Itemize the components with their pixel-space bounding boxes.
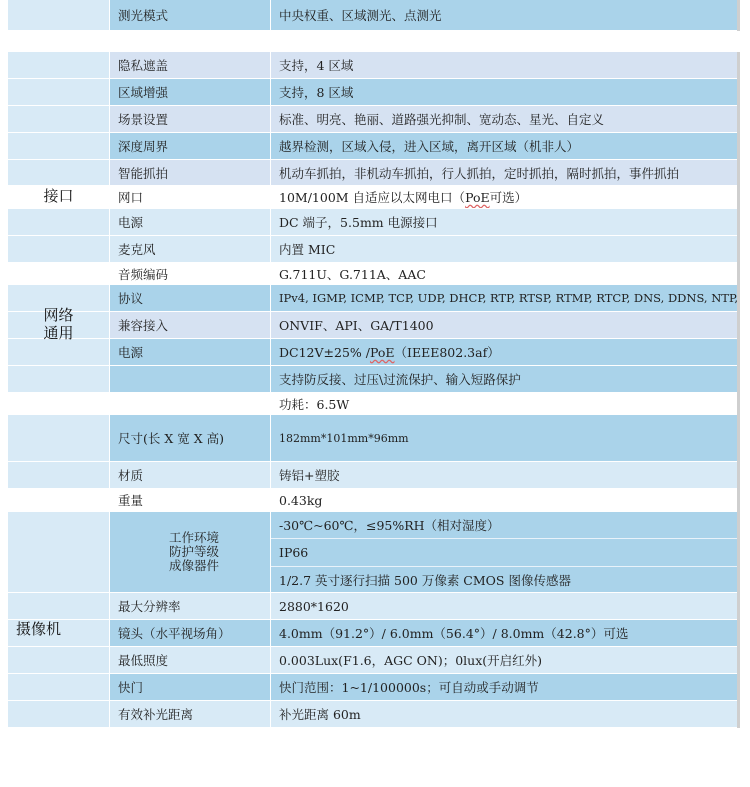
group-cell: [8, 415, 109, 461]
table-row: 场景设置 标准、明亮、艳丽、道路强光抑制、宽动态、星光、自定义: [8, 106, 738, 133]
table-row: 区域增强 支持，8 区域: [8, 79, 738, 106]
group-cell: [8, 593, 109, 619]
spec-label: 音频编码: [109, 263, 270, 284]
spec-label: 工作环境: [169, 531, 219, 545]
table-row: 音频编码 G.711U、G.711A、AAC: [8, 263, 738, 285]
spec-value: DC12V±25% / PoE（IEEE802.3af）: [270, 339, 738, 365]
spec-value: IPv4, IGMP, ICMP, TCP, UDP, DHCP, RTP, R…: [270, 285, 738, 311]
spec-label: 电源: [109, 209, 270, 235]
spec-value: 越界检测，区域入侵，进入区域，离开区域（机非人）: [270, 133, 738, 159]
table-row: 网口 10M/100M 自适应以太网电口（PoE 可选）: [8, 186, 738, 209]
table-row: 镜头（水平视场角） 4.0mm（91.2°）/ 6.0mm（56.4°）/ 8.…: [8, 620, 738, 647]
group-label-interface: 接口: [8, 187, 109, 205]
group-cell: [8, 0, 109, 30]
group-cell: [8, 106, 109, 132]
spec-label: 最低照度: [109, 647, 270, 673]
value-text: DC12V±25% /: [279, 345, 370, 360]
group-cell: [8, 209, 109, 235]
table-row: 兼容接入 ONVIF、API、GA/T1400: [8, 312, 738, 339]
group-cell: [8, 339, 109, 365]
spec-label: 材质: [109, 462, 270, 488]
spec-label: 电源: [109, 339, 270, 365]
group-cell: [8, 133, 109, 159]
spec-value: 10M/100M 自适应以太网电口（PoE 可选）: [270, 186, 738, 208]
spec-label: 智能抓拍: [109, 160, 270, 185]
table-row: 重量 0.43kg: [8, 489, 738, 512]
table-row: 快门 快门范围：1~1/100000s；可自动或手动调节: [8, 674, 738, 701]
spec-label: 重量: [109, 489, 270, 511]
table-row: 尺寸(长 X 宽 X 高) 182mm*101mm*96mm: [8, 415, 738, 462]
spec-label: 测光模式: [109, 0, 270, 30]
table-row: 支持防反接、过压\过流保护、输入短路保护: [8, 366, 738, 393]
spec-value: 1/2.7 英寸逐行扫描 500 万像素 CMOS 图像传感器: [271, 567, 738, 592]
spec-value: 机动车抓拍，非机动车抓拍，行人抓拍，定时抓拍，隔时抓拍，事件抓拍: [270, 160, 738, 185]
group-label-camera: 摄像机: [4, 620, 117, 638]
group-cell: [8, 489, 109, 511]
group-cell: [8, 366, 109, 392]
spec-label: [109, 393, 270, 414]
spec-label: 麦克风: [109, 236, 270, 262]
group-cell: [8, 236, 109, 262]
table-row: 隐私遮盖 支持，4 区域: [8, 52, 738, 79]
spec-label: 区域增强: [109, 79, 270, 105]
spec-label: 镜头（水平视场角）: [109, 620, 270, 646]
spec-label: 场景设置: [109, 106, 270, 132]
value-text-underlined: PoE: [465, 190, 490, 205]
group-cell: [8, 462, 109, 488]
spec-label: 最大分辨率: [109, 593, 270, 619]
spec-label: 深度周界: [109, 133, 270, 159]
value-text: IPv4, IGMP, ICMP, TCP, UDP, DHCP, RTP, R…: [279, 291, 738, 305]
spec-value-group: -30℃~60℃，≤95%RH（相对湿度） IP66 1/2.7 英寸逐行扫描 …: [270, 512, 738, 592]
spec-label: 防护等级: [169, 545, 219, 559]
group-cell: [8, 52, 109, 78]
table-row: 智能抓拍 机动车抓拍，非机动车抓拍，行人抓拍，定时抓拍，隔时抓拍，事件抓拍: [8, 160, 738, 186]
group-cell: [8, 393, 109, 414]
spec-label: 快门: [109, 674, 270, 700]
group-label-line: 网络: [8, 306, 109, 324]
spec-value: 支持，8 区域: [270, 79, 738, 105]
table-row: 深度周界 越界检测，区域入侵，进入区域，离开区域（机非人）: [8, 133, 738, 160]
spec-value: 4.0mm（91.2°）/ 6.0mm（56.4°）/ 8.0mm（42.8°）…: [270, 620, 738, 646]
spec-value: 中央权重、区域测光、点测光: [270, 0, 738, 30]
spec-label: 有效补光距离: [109, 701, 270, 727]
spec-value: -30℃~60℃，≤95%RH（相对湿度）: [271, 512, 738, 539]
value-text: 可选）: [490, 188, 528, 206]
value-text-underlined: PoE: [370, 345, 395, 360]
group-label-network: 网络 通用: [8, 306, 109, 342]
spec-label: 协议: [109, 285, 270, 311]
table-row: 最低照度 0.003Lux(F1.6，AGC ON)；0lux(开启红外): [8, 647, 738, 674]
spec-value: G.711U、G.711A、AAC: [270, 263, 738, 284]
spec-label: 兼容接入: [109, 312, 270, 338]
spec-value: 2880*1620: [270, 593, 738, 619]
spec-value: 支持防反接、过压\过流保护、输入短路保护: [270, 366, 738, 392]
table-row: 材质 铸铝+塑胶: [8, 462, 738, 489]
spec-value: 快门范围：1~1/100000s；可自动或手动调节: [270, 674, 738, 700]
group-label-line: 通用: [8, 324, 109, 342]
spec-value: 182mm*101mm*96mm: [270, 415, 738, 461]
spec-value: 功耗：6.5W: [270, 393, 738, 414]
spec-value: IP66: [271, 539, 738, 567]
spec-label: 网口: [109, 186, 270, 208]
table-row: 麦克风 内置 MIC: [8, 236, 738, 263]
group-cell: [8, 79, 109, 105]
spec-label: 尺寸(长 X 宽 X 高): [109, 415, 270, 461]
spec-value: 铸铝+塑胶: [270, 462, 738, 488]
right-edge-shadow: [737, 0, 740, 31]
table-row: 最大分辨率 2880*1620: [8, 593, 738, 620]
group-cell: [8, 647, 109, 673]
spec-value: 内置 MIC: [270, 236, 738, 262]
right-edge-shadow: [737, 52, 740, 728]
group-cell: [8, 512, 109, 592]
value-text: 10M/100M 自适应以太网电口（: [279, 188, 465, 206]
table-row: 协议 IPv4, IGMP, ICMP, TCP, UDP, DHCP, RTP…: [8, 285, 738, 312]
table-row: 测光模式 中央权重、区域测光、点测光: [8, 0, 738, 31]
spec-label: 成像器件: [169, 559, 219, 573]
group-cell: [8, 263, 109, 284]
spec-value: DC 端子，5.5mm 电源接口: [270, 209, 738, 235]
table-row: 工作环境 防护等级 成像器件 -30℃~60℃，≤95%RH（相对湿度） IP6…: [8, 512, 738, 593]
spec-label-multi: 工作环境 防护等级 成像器件: [109, 512, 270, 592]
spec-value: 0.43kg: [270, 489, 738, 511]
table-row: 功耗：6.5W: [8, 393, 738, 415]
spec-value: 0.003Lux(F1.6，AGC ON)；0lux(开启红外): [270, 647, 738, 673]
spec-label: 隐私遮盖: [109, 52, 270, 78]
table-row: 电源 DC 端子，5.5mm 电源接口: [8, 209, 738, 236]
value-text: （IEEE802.3af）: [395, 343, 500, 361]
group-cell: [8, 160, 109, 185]
spec-value: 标准、明亮、艳丽、道路强光抑制、宽动态、星光、自定义: [270, 106, 738, 132]
group-cell: [8, 674, 109, 700]
group-cell: [8, 701, 109, 727]
spec-value: 补光距离 60m: [270, 701, 738, 727]
table-row: 电源 DC12V±25% / PoE（IEEE802.3af）: [8, 339, 738, 366]
spec-label: [109, 366, 270, 392]
spec-value: ONVIF、API、GA/T1400: [270, 312, 738, 338]
spec-value: 支持，4 区域: [270, 52, 738, 78]
table-row: 有效补光距离 补光距离 60m: [8, 701, 738, 728]
